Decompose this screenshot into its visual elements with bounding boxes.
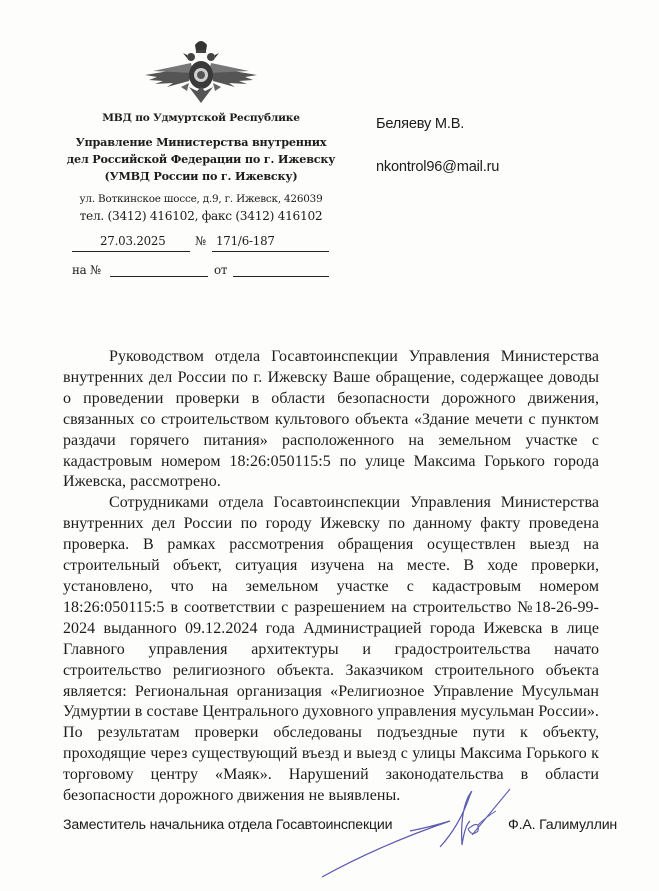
org-name: МВД по Удмуртской Республике <box>62 110 340 126</box>
handwritten-signature-icon <box>300 785 530 885</box>
department-name: Управление Министерства внутренних дел Р… <box>62 134 340 185</box>
number-label: № <box>195 234 206 248</box>
address: ул. Воткинское шоссе, д.9, г. Ижевск, 42… <box>62 193 340 205</box>
body-paragraph: Сотрудниками отдела Госавтоинспекции Упр… <box>63 493 599 807</box>
from-label: от <box>214 263 227 277</box>
number-underline <box>212 251 329 252</box>
department-line: (УМВД России по г. Ижевску) <box>62 168 340 185</box>
reply-to-label: на № <box>72 263 101 277</box>
recipient-name: Беляеву М.В. <box>376 116 464 132</box>
letter-number: 171/6-187 <box>216 234 275 248</box>
recipient-email: nkontrol96@mail.ru <box>376 159 499 175</box>
phone-fax: тел. (3412) 416102, факс (3412) 416102 <box>62 209 340 223</box>
signatory-name: Ф.А. Галимуллин <box>508 817 617 833</box>
department-line: Управление Министерства внутренних <box>62 134 340 151</box>
letter-date: 27.03.2025 <box>100 234 166 248</box>
department-line: дел Российской Федерации по г. Ижевску <box>62 151 340 168</box>
date-underline <box>72 251 190 252</box>
official-letter: МВД по Удмуртской Республике Управление … <box>0 0 659 891</box>
body-paragraph: Руководством отдела Госавтоинспекции Упр… <box>63 347 599 493</box>
mvd-emblem-icon <box>143 37 259 105</box>
reply-to-underline <box>110 276 208 277</box>
from-underline <box>233 276 329 277</box>
letter-body: Руководством отдела Госавтоинспекции Упр… <box>63 347 599 807</box>
